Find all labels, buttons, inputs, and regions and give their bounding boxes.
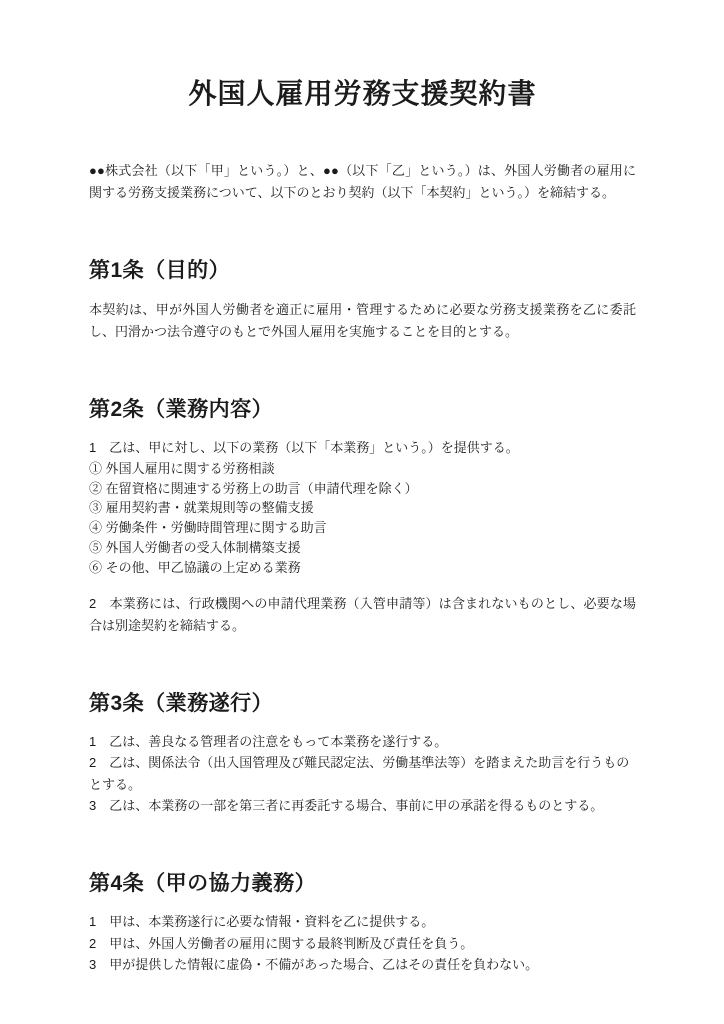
article-2-trailing-clause: 2 本業務には、行政機関への申請代理業務（入管申請等）は含まれないものとし、必要… xyxy=(89,593,636,637)
article-4-heading: 第4条（甲の協力義務） xyxy=(89,871,636,897)
clause-4-2: 2 甲は、外国人労働者の雇用に関する最終判断及び責任を負う。 xyxy=(89,933,636,955)
section-article-4: 第4条（甲の協力義務） 1 甲は、本業務遂行に必要な情報・資料を乙に提供する。 … xyxy=(89,871,636,976)
service-item-6: ⑥ その他、甲乙協議の上定める業務 xyxy=(89,558,636,578)
article-1-body: 本契約は、甲が外国人労働者を適正に雇用・管理するために必要な労務支援業務を乙に委… xyxy=(89,299,636,343)
article-3-heading: 第3条（業務遂行） xyxy=(89,691,636,717)
intro-paragraph: ●●株式会社（以下「甲」という。）と、●●（以下「乙」という。）は、外国人労働者… xyxy=(89,160,636,204)
article-2-lead-clause: 1 乙は、甲に対し、以下の業務（以下「本業務」という。）を提供する。 xyxy=(89,437,636,458)
clause-3-3: 3 乙は、本業務の一部を第三者に再委託する場合、事前に甲の承諾を得るものとする。 xyxy=(89,795,636,817)
document-title: 外国人雇用労務支援契約書 xyxy=(89,76,636,112)
service-item-1: ① 外国人雇用に関する労務相談 xyxy=(89,459,636,479)
service-item-3: ③ 雇用契約書・就業規則等の整備支援 xyxy=(89,498,636,518)
clause-4-3: 3 甲が提供した情報に虚偽・不備があった場合、乙はその責任を負わない。 xyxy=(89,954,636,976)
article-2-heading: 第2条（業務内容） xyxy=(89,397,636,423)
article-3-clauses: 1 乙は、善良なる管理者の注意をもって本業務を遂行する。 2 乙は、関係法令（出… xyxy=(89,731,636,817)
article-2-service-items: ① 外国人雇用に関する労務相談 ② 在留資格に関連する労務上の助言（申請代理を除… xyxy=(89,459,636,578)
clause-3-1: 1 乙は、善良なる管理者の注意をもって本業務を遂行する。 xyxy=(89,731,636,753)
service-item-5: ⑤ 外国人労働者の受入体制構築支援 xyxy=(89,538,636,558)
section-article-3: 第3条（業務遂行） 1 乙は、善良なる管理者の注意をもって本業務を遂行する。 2… xyxy=(89,691,636,817)
section-article-1: 第1条（目的） 本契約は、甲が外国人労働者を適正に雇用・管理するために必要な労務… xyxy=(89,258,636,342)
service-item-2: ② 在留資格に関連する労務上の助言（申請代理を除く） xyxy=(89,479,636,499)
contract-document-page: 外国人雇用労務支援契約書 ●●株式会社（以下「甲」という。）と、●●（以下「乙」… xyxy=(0,0,724,1024)
article-4-clauses: 1 甲は、本業務遂行に必要な情報・資料を乙に提供する。 2 甲は、外国人労働者の… xyxy=(89,911,636,976)
clause-4-1: 1 甲は、本業務遂行に必要な情報・資料を乙に提供する。 xyxy=(89,911,636,933)
clause-3-2: 2 乙は、関係法令（出入国管理及び難民認定法、労働基準法等）を踏まえた助言を行う… xyxy=(89,752,636,795)
article-1-heading: 第1条（目的） xyxy=(89,258,636,284)
service-item-4: ④ 労働条件・労働時間管理に関する助言 xyxy=(89,518,636,538)
section-article-2: 第2条（業務内容） 1 乙は、甲に対し、以下の業務（以下「本業務」という。）を提… xyxy=(89,397,636,637)
